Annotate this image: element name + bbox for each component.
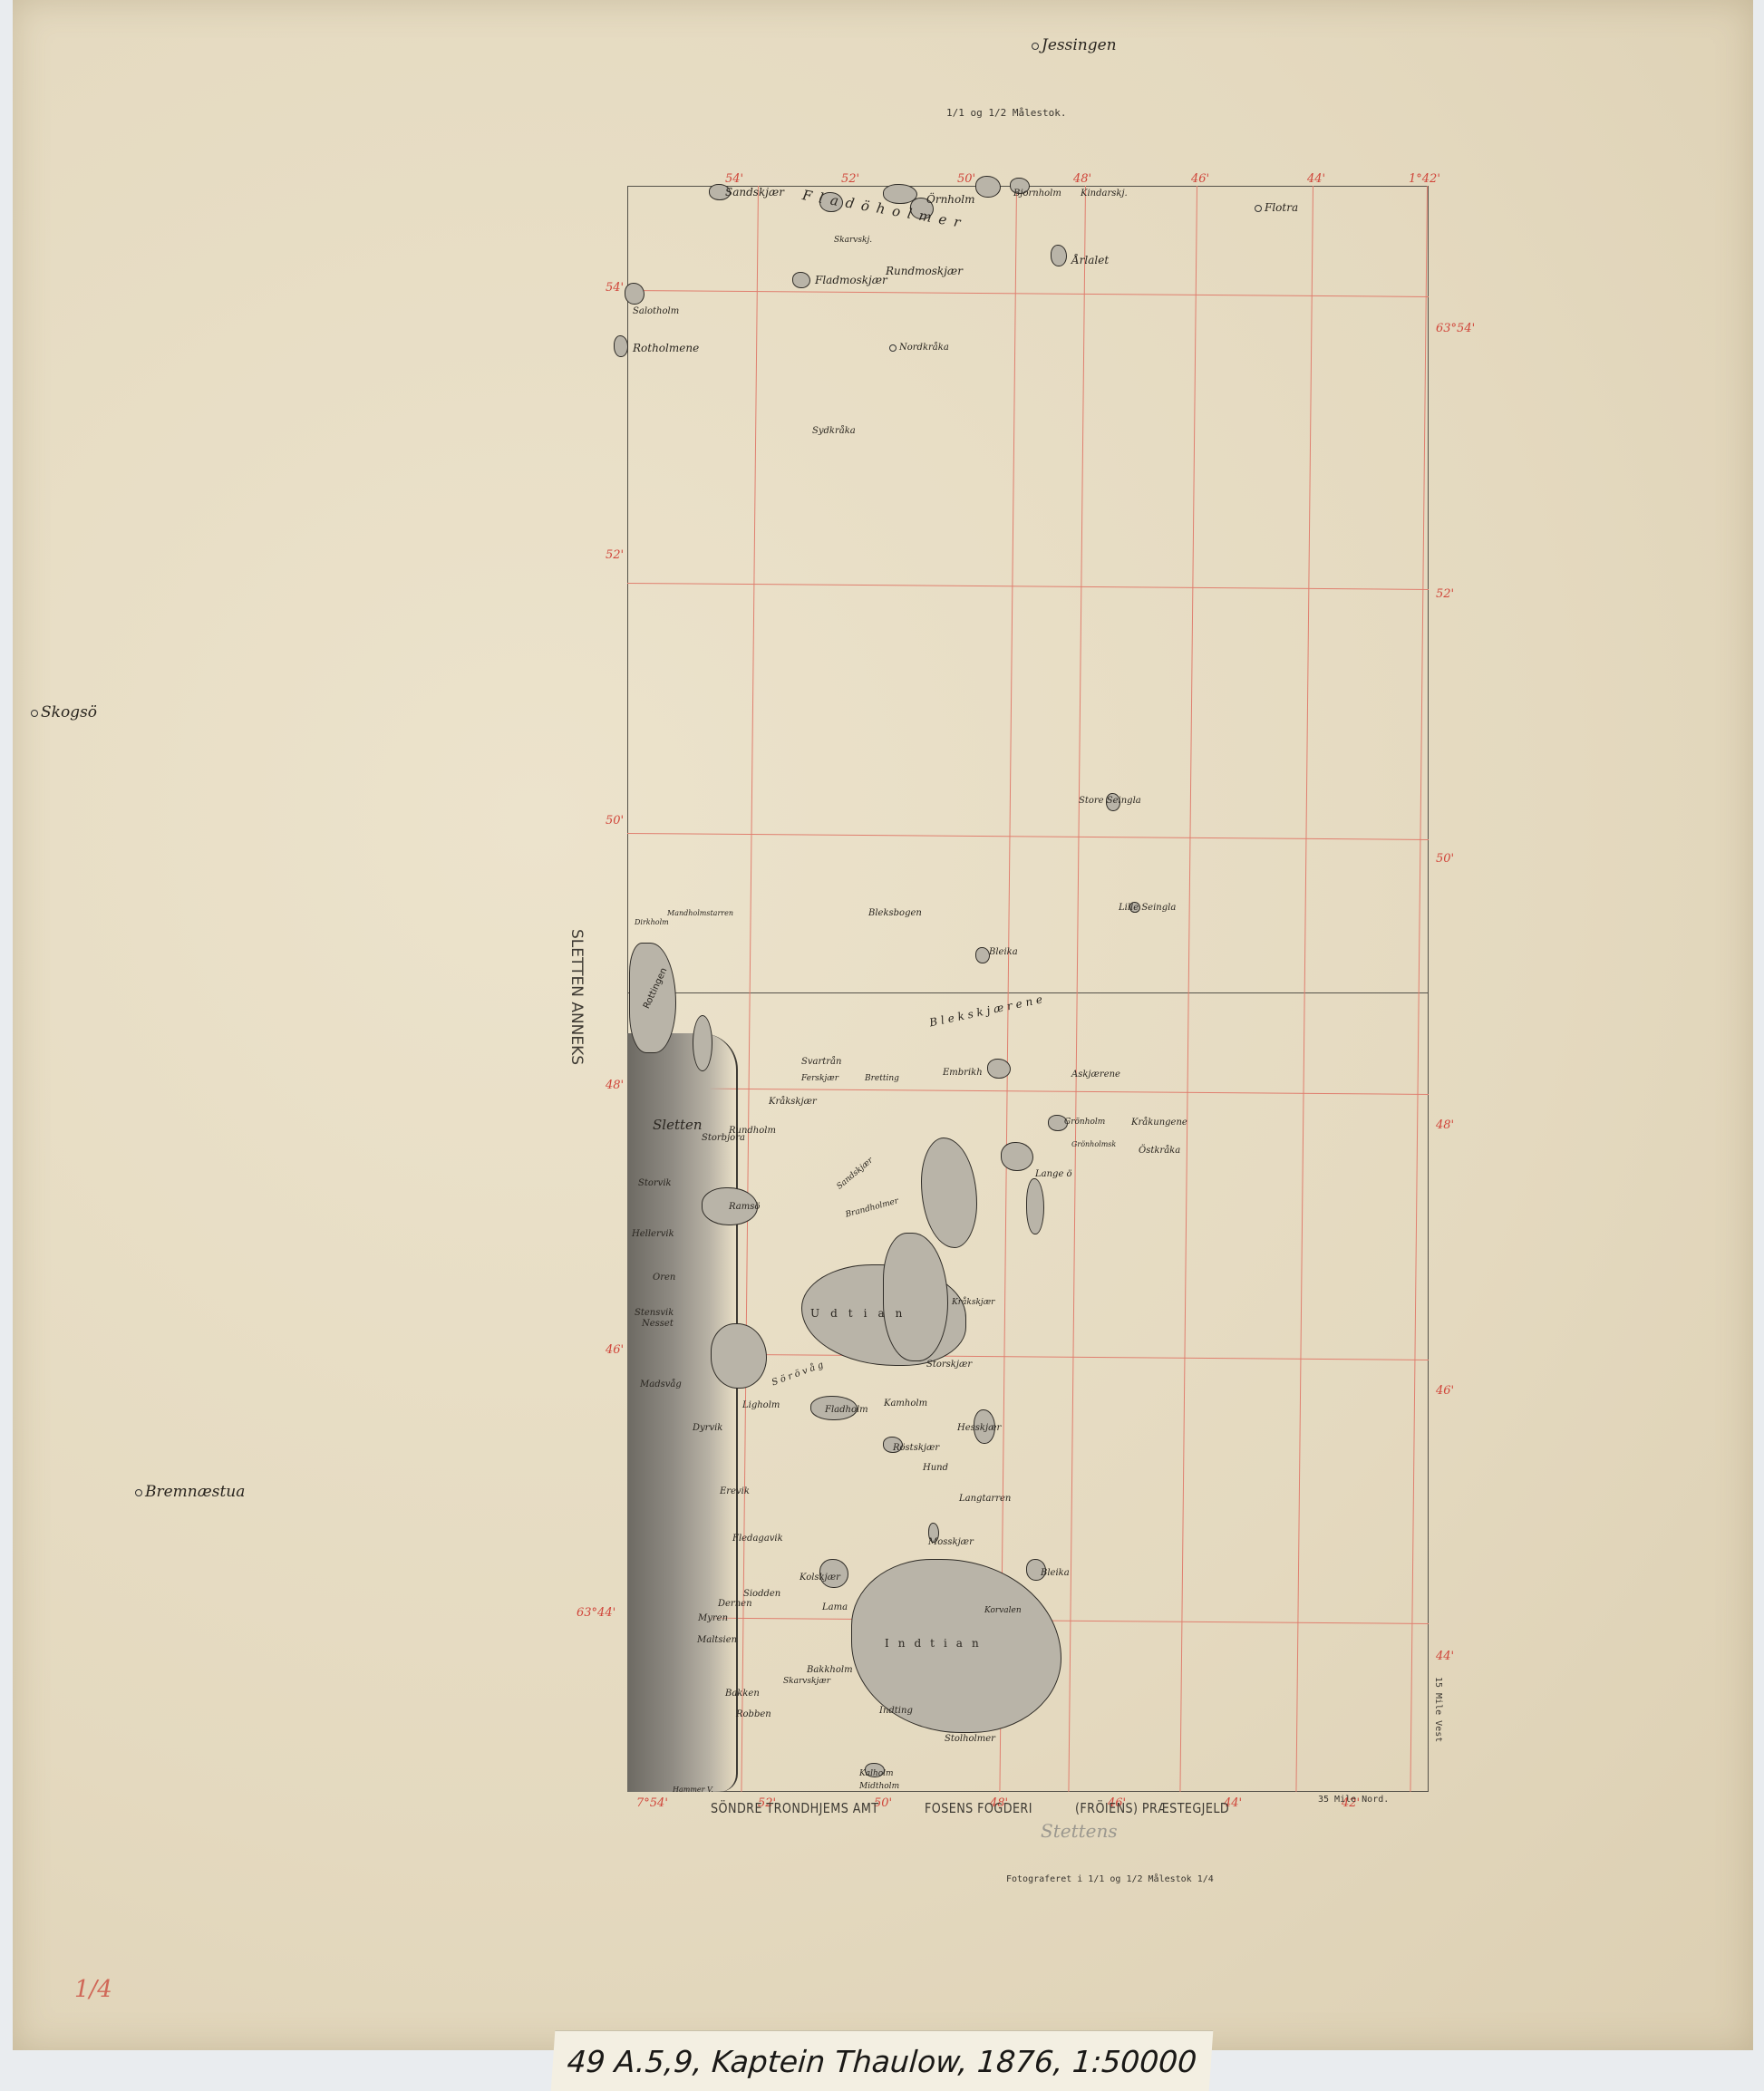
place-label: Svartrån <box>801 1057 841 1067</box>
grid-tick-left: 46' <box>606 1343 624 1357</box>
place-label: Nordkråka <box>889 343 949 353</box>
place-label: Lange ö <box>1035 1169 1072 1179</box>
bottom-photo-note: Fotograferet i 1/1 og 1/2 Målestok 1/4 <box>1006 1874 1214 1884</box>
island-arlalet <box>1051 245 1067 266</box>
sheet-divider-line <box>627 992 1429 993</box>
grid-tick-right: 50' <box>1436 852 1454 866</box>
place-label: Röstskjær <box>893 1443 939 1453</box>
place-label: Grönholm <box>1064 1118 1105 1127</box>
place-label: Storvik <box>638 1178 672 1188</box>
place-label: Kindarskj. <box>1081 189 1128 198</box>
grid-tick-top: 44' <box>1307 172 1325 186</box>
place-label: Bleksbogen <box>868 908 922 918</box>
grid-tick-left: 54' <box>606 281 624 295</box>
place-label: Kråkskjær <box>769 1097 817 1107</box>
grid-tick-top: 54' <box>725 172 743 186</box>
place-label: Salotholm <box>633 306 679 316</box>
place-label: Madsvåg <box>640 1379 682 1389</box>
place-label: Östkråka <box>1139 1146 1180 1156</box>
grid-tick-left: 50' <box>606 814 624 828</box>
place-label: Kalholm <box>859 1769 894 1778</box>
place-label-jessingen: Jessingen <box>1032 36 1117 54</box>
place-label: Ligholm <box>742 1400 780 1410</box>
island <box>711 1323 767 1389</box>
place-label: Dirkholm <box>635 918 669 926</box>
island-embrikh <box>987 1059 1011 1079</box>
place-marker-icon <box>1255 205 1262 212</box>
place-label: Udtian <box>810 1307 913 1320</box>
place-label: Ferskjær <box>801 1074 838 1083</box>
grid-tick-right: 63°54' <box>1436 322 1475 335</box>
place-label: Midtholm <box>859 1782 899 1791</box>
place-label: Mosskjær <box>928 1537 974 1547</box>
place-label: Korvalen <box>984 1606 1022 1615</box>
scale-note-west: 15 Mile Vest <box>1433 1677 1443 1742</box>
place-label: Indtian <box>885 1637 988 1650</box>
place-label: Fladholm <box>825 1405 868 1415</box>
archive-label: 49 A.5,9, Kaptein Thaulow, 1876, 1:50000 <box>551 2030 1214 2091</box>
place-label: Bakkholm <box>807 1665 853 1675</box>
island-fladmoskjaer <box>792 272 810 288</box>
place-label: Erevik <box>720 1486 750 1496</box>
grid-tick-left: 52' <box>606 548 624 562</box>
place-label: Langtarren <box>959 1494 1011 1504</box>
place-label: Oren <box>653 1273 675 1283</box>
island-salotholm <box>625 283 645 305</box>
place-label: Siodden <box>743 1589 780 1599</box>
place-label: Kamholm <box>884 1399 927 1409</box>
place-label: Fledagavik <box>732 1534 783 1544</box>
place-label: Storskjær <box>926 1360 972 1370</box>
place-label: Lille Seingla <box>1119 903 1176 913</box>
place-marker-icon <box>31 710 38 717</box>
place-label: Rundmoskjær <box>886 265 963 277</box>
place-label: Dyrvik <box>693 1423 722 1433</box>
place-label: Grönholmsk <box>1071 1140 1116 1148</box>
island-lange-o <box>1026 1178 1044 1234</box>
bottom-title-fogderi: FOSENS FOGDERI <box>925 1800 1032 1816</box>
place-label: Sletten <box>653 1117 703 1133</box>
place-label: Fladmoskjær <box>815 274 887 286</box>
place-label: Stolholmer <box>945 1734 995 1744</box>
place-label: Mandholmstarren <box>667 909 733 917</box>
place-label: Bleika <box>989 947 1018 957</box>
place-marker-icon <box>889 344 897 352</box>
place-label-skogso: Skogsö <box>31 703 97 721</box>
place-label: Robben <box>736 1709 771 1719</box>
map-frame <box>627 186 1429 1792</box>
mainland-coast-terrain <box>627 1033 738 1792</box>
island-bleika <box>975 947 990 963</box>
grid-tick-top: 46' <box>1191 172 1209 186</box>
grid-tick-top: 1°42' <box>1409 172 1440 186</box>
place-label: Store Seingla <box>1079 796 1141 806</box>
grid-tick-right: 48' <box>1436 1118 1454 1132</box>
place-label: Embrikh <box>943 1068 983 1078</box>
grid-tick-right: 52' <box>1436 587 1454 601</box>
grid-tick-left: 48' <box>606 1079 624 1092</box>
place-label: Lama <box>822 1602 848 1612</box>
island-rotholmene <box>614 335 628 357</box>
scale-note-north: 35 Mile Nord. <box>1318 1795 1389 1805</box>
bottom-title-prestegjeld: (FRÖIENS) PRÆSTEGJELD <box>1075 1800 1229 1816</box>
grid-tick-left: 63°44' <box>577 1606 615 1620</box>
pencil-annotation: Stettens <box>1041 1820 1118 1842</box>
place-label: Dernen <box>718 1599 752 1609</box>
map-sheet: Jessingen 1/1 og 1/2 Målestok. Skogsö Br… <box>13 0 1753 2050</box>
place-label: Örnholm <box>926 193 974 206</box>
place-label: Skarvskj. <box>834 236 872 245</box>
margin-note: 1/4 <box>74 1976 112 2003</box>
place-label: Flotra <box>1255 201 1298 214</box>
place-label: Sydkråka <box>812 426 856 436</box>
island <box>693 1015 712 1071</box>
bottom-title-amt: SÖNDRE TRONDHJEMS AMT <box>711 1800 878 1816</box>
side-title-sletten-anneks: SLETTEN ANNEKS <box>567 929 586 1065</box>
place-label-bremnaestua: Bremnæstua <box>135 1483 245 1501</box>
place-label: Indting <box>879 1706 913 1716</box>
place-marker-icon <box>135 1489 142 1496</box>
place-label: Storbjora <box>702 1133 745 1143</box>
place-label: Stensvik <box>635 1308 674 1318</box>
place-label: Hund <box>923 1463 948 1473</box>
place-label: Bretting <box>865 1074 899 1083</box>
place-label: Nesset <box>642 1319 674 1329</box>
grid-tick-top: 48' <box>1073 172 1091 186</box>
island <box>1001 1142 1033 1171</box>
place-label: Ramsö <box>729 1202 760 1212</box>
place-label: Hesskjær <box>957 1423 1001 1433</box>
place-label: Årlalet <box>1071 254 1109 266</box>
grid-tick-top: 50' <box>957 172 975 186</box>
place-label: Sandskjær <box>725 186 784 198</box>
place-label: Hammer V. <box>673 1786 713 1794</box>
place-label: Kråkskjær <box>952 1298 994 1307</box>
grid-tick-bottom: 7°54' <box>636 1796 668 1810</box>
place-label: Hellervik <box>632 1229 674 1239</box>
place-label: Bleika <box>1041 1568 1070 1578</box>
place-label: Maltsien <box>697 1635 737 1645</box>
place-marker-icon <box>1032 43 1039 50</box>
place-label: Rotholmene <box>633 342 699 354</box>
place-label: Kråkungene <box>1131 1118 1187 1128</box>
island-bjornholm <box>975 176 1001 198</box>
place-label: Skarvskjær <box>783 1677 830 1686</box>
place-label: Bakken <box>725 1689 760 1699</box>
grid-tick-top: 52' <box>841 172 859 186</box>
top-scale-note: 1/1 og 1/2 Målestok. <box>946 107 1066 119</box>
place-label: Bjornholm <box>1013 189 1061 198</box>
grid-tick-right: 44' <box>1436 1650 1454 1663</box>
grid-tick-right: 46' <box>1436 1384 1454 1398</box>
place-label: Myren <box>698 1613 728 1623</box>
place-label: Askjærene <box>1071 1070 1120 1079</box>
place-label: Kolskjær <box>800 1573 840 1583</box>
